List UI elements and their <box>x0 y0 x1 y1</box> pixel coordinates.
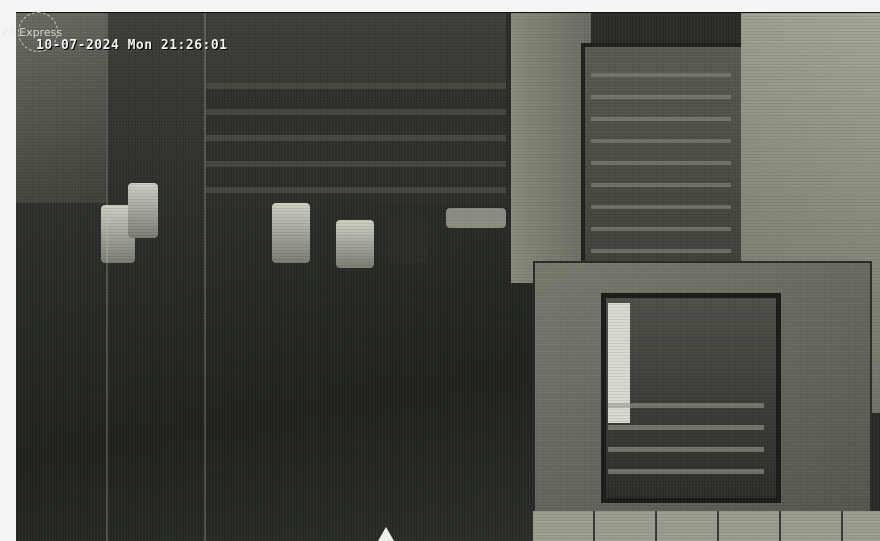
pillar <box>511 13 591 283</box>
bucket <box>272 203 310 263</box>
timestamp: 10-07-2024 Mon 21:26:01 <box>36 38 228 53</box>
cctv-frame <box>16 12 880 541</box>
scan-line <box>106 13 108 541</box>
door-grill <box>591 73 731 263</box>
bucket <box>388 218 428 263</box>
tiled-floor <box>533 511 880 541</box>
shelving <box>206 83 506 193</box>
arrow-marker-icon <box>378 527 394 541</box>
bucket <box>336 220 374 268</box>
scan-line <box>204 13 206 541</box>
box <box>446 208 506 228</box>
bucket <box>128 183 158 238</box>
mirror-grill <box>608 403 764 487</box>
